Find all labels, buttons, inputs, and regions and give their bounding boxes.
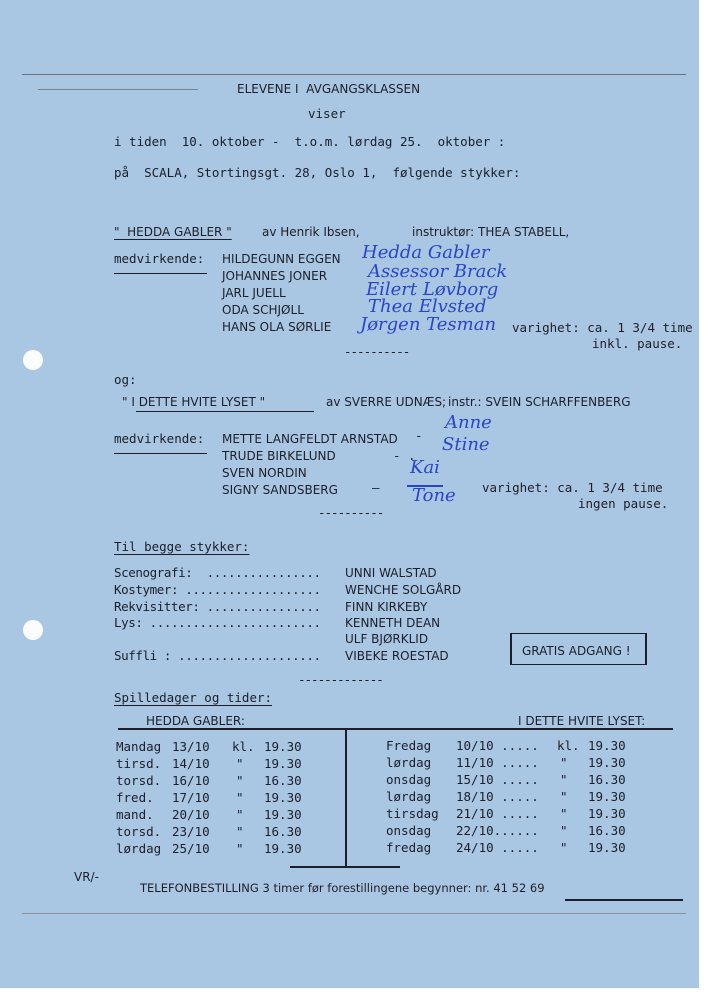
free-entry-label: GRATIS ADGANG ! <box>522 643 631 659</box>
footer-phone-line: TELEFONBESTILLING 3 timer før forestilli… <box>140 880 545 896</box>
play1-actor: HILDEGUNN EGGEN <box>222 251 341 267</box>
schedule-day: onsdag <box>386 823 431 839</box>
schedule-day: lørdag <box>386 755 431 771</box>
play2-actor: TRUDE BIRKELUND <box>222 448 336 464</box>
play2-actor: SVEN NORDIN <box>222 465 307 481</box>
schedule-time: 19.30 <box>264 841 302 857</box>
schedule-time: 16.30 <box>264 773 302 789</box>
schedule-kl: " <box>236 773 244 789</box>
play1-title: " HEDDA GABLER " <box>114 224 232 240</box>
crew-role: Kostymer: ................... <box>114 582 321 598</box>
header-period: i tiden 10. oktober - t.o.m. lørdag 25. … <box>114 134 505 150</box>
schedule-kl: " <box>236 807 244 823</box>
schedule-date: 25/10 <box>172 841 210 857</box>
schedule-kl: " <box>236 790 244 806</box>
header-title: ELEVENE I AVGANGSKLASSEN <box>237 81 420 97</box>
document-page: ELEVENE I AVGANGSKLASSEN viser i tiden 1… <box>0 0 699 988</box>
schedule-kl: " <box>236 756 244 772</box>
schedule-divider <box>345 728 347 866</box>
play2-author: av SVERRE UDNÆS; <box>326 394 446 410</box>
crew-role: Rekvisitter: ................ <box>114 599 321 615</box>
schedule-kl: " <box>236 841 244 857</box>
footer-initials: VR/- <box>74 869 99 885</box>
crew-role: Suffli : .................... <box>114 648 321 664</box>
punch-hole <box>23 350 43 370</box>
schedule-time: 19.30 <box>588 789 626 805</box>
role-dash: - <box>415 428 423 444</box>
play1-actor: HANS OLA SØRLIE <box>222 319 331 335</box>
schedule-day: mand. <box>116 807 154 823</box>
schedule-kl: " <box>560 840 568 856</box>
schedule-time: 19.30 <box>588 755 626 771</box>
schedule-kl: " <box>560 772 568 788</box>
schedule-date: 15/10 ..... <box>456 772 539 788</box>
schedule-kl: kl. <box>557 738 580 754</box>
schedule-time: 16.30 <box>264 824 302 840</box>
schedule-time: 19.30 <box>264 790 302 806</box>
punch-hole <box>23 620 43 640</box>
play1-actor: JOHANNES JONER <box>222 268 327 284</box>
schedule-day: Fredag <box>386 738 431 754</box>
schedule-kl: " <box>560 755 568 771</box>
schedule-time: 19.30 <box>588 806 626 822</box>
schedule-time: 19.30 <box>264 739 302 755</box>
play2-title: " I DETTE HVITE LYSET " <box>122 394 265 410</box>
cast-label-underline <box>114 453 207 454</box>
schedule-date: 21/10 ..... <box>456 806 539 822</box>
schedule-date: 22/10...... <box>456 823 539 839</box>
schedule-date: 10/10 ..... <box>456 738 539 754</box>
crew-name: FINN KIRKEBY <box>345 599 427 615</box>
schedule-day: tirsdag <box>386 806 439 822</box>
play2-title-underline <box>136 411 314 412</box>
handwritten-role: Jørgen Tesman <box>360 316 496 334</box>
play1-actor: JARL JUELL <box>222 285 286 301</box>
schedule-day: torsd. <box>116 824 161 840</box>
play1-duration: varighet: ca. 1 3/4 time <box>512 320 693 336</box>
schedule-date: 13/10 <box>172 739 210 755</box>
play2-actor: SIGNY SANDSBERG <box>222 482 338 498</box>
separator: ------------- <box>298 672 383 688</box>
schedule-date: 17/10 <box>172 790 210 806</box>
schedule-day: torsd. <box>116 773 161 789</box>
crew-name: UNNI WALSTAD <box>345 565 437 581</box>
crew-name: WENCHE SOLGÅRD <box>345 582 461 598</box>
schedule-day: onsdag <box>386 772 431 788</box>
crew-name: KENNETH DEAN <box>345 615 440 631</box>
handwritten-role: Tone <box>412 487 456 505</box>
separator: ---------- <box>318 505 383 521</box>
crew-heading: Til begge stykker: <box>114 539 249 555</box>
schedule-time: 16.30 <box>588 772 626 788</box>
schedule-kl: " <box>560 806 568 822</box>
play2-pause: ingen pause. <box>578 496 668 512</box>
crew-role: Lys: ........................ <box>114 615 321 631</box>
schedule-date: 14/10 <box>172 756 210 772</box>
play2-actor: METTE LANGFELDT ARNSTAD <box>222 431 398 447</box>
play2-duration: varighet: ca. 1 3/4 time <box>482 480 663 496</box>
connector-og: og: <box>114 372 137 388</box>
top-rule-short <box>38 89 198 90</box>
schedule-day: fredag <box>386 840 431 856</box>
schedule-time: 19.30 <box>588 840 626 856</box>
play1-author: av Henrik Ibsen, <box>262 224 360 240</box>
play1-director: instruktør: THEA STABELL, <box>412 224 569 240</box>
separator: ---------- <box>344 344 409 360</box>
schedule-heading: Spilledager og tider: <box>114 690 272 706</box>
play1-cast-label: medvirkende: <box>114 251 204 267</box>
schedule-time: 19.30 <box>264 807 302 823</box>
play1-actor: ODA SCHJØLL <box>222 302 304 318</box>
schedule-day: Mandag <box>116 739 161 755</box>
crew-name: ULF BJØRKLID <box>345 631 428 647</box>
handwritten-role: Kai <box>410 459 440 477</box>
schedule-kl: kl. <box>232 739 255 755</box>
schedule-day: fred. <box>116 790 154 806</box>
top-rule <box>22 74 686 75</box>
schedule-date: 24/10 ..... <box>456 840 539 856</box>
cast-label-underline <box>114 273 207 274</box>
handwritten-role: Hedda Gabler <box>362 244 490 262</box>
crew-role: Scenografi: ................ <box>114 565 321 581</box>
schedule-date: 23/10 <box>172 824 210 840</box>
phone-underline <box>565 899 683 901</box>
schedule-time: 19.30 <box>588 738 626 754</box>
schedule-date: 20/10 <box>172 807 210 823</box>
handwritten-role: Stine <box>442 436 490 454</box>
bottom-rule <box>22 913 686 914</box>
schedule-day: tirsd. <box>116 756 161 772</box>
handwritten-stroke <box>407 485 443 487</box>
play1-pause: inkl. pause. <box>592 336 682 352</box>
schedule-date: 16/10 <box>172 773 210 789</box>
header-venue: på SCALA, Stortingsgt. 28, Oslo 1, følge… <box>114 165 520 181</box>
schedule-kl: " <box>560 823 568 839</box>
schedule-time: 16.30 <box>588 823 626 839</box>
play2-director: instr.: SVEIN SCHARFFENBERG <box>448 394 631 410</box>
schedule-left-title: HEDDA GABLER: <box>146 713 245 729</box>
schedule-right-title: I DETTE HVITE LYSET: <box>518 713 645 729</box>
role-dash: — <box>372 480 380 496</box>
schedule-rule <box>118 728 673 730</box>
schedule-kl: " <box>236 824 244 840</box>
play2-cast-label: medvirkende: <box>114 431 204 447</box>
handwritten-role: Anne <box>445 414 492 432</box>
schedule-day: lørdag <box>386 789 431 805</box>
schedule-day: lørdag <box>116 841 161 857</box>
schedule-date: 18/10 ..... <box>456 789 539 805</box>
schedule-date: 11/10 ..... <box>456 755 539 771</box>
crew-name: VIBEKE ROESTAD <box>345 648 449 664</box>
schedule-bottom-rule <box>290 866 400 868</box>
header-subtitle: viser <box>308 106 346 122</box>
schedule-kl: " <box>560 789 568 805</box>
schedule-time: 19.30 <box>264 756 302 772</box>
